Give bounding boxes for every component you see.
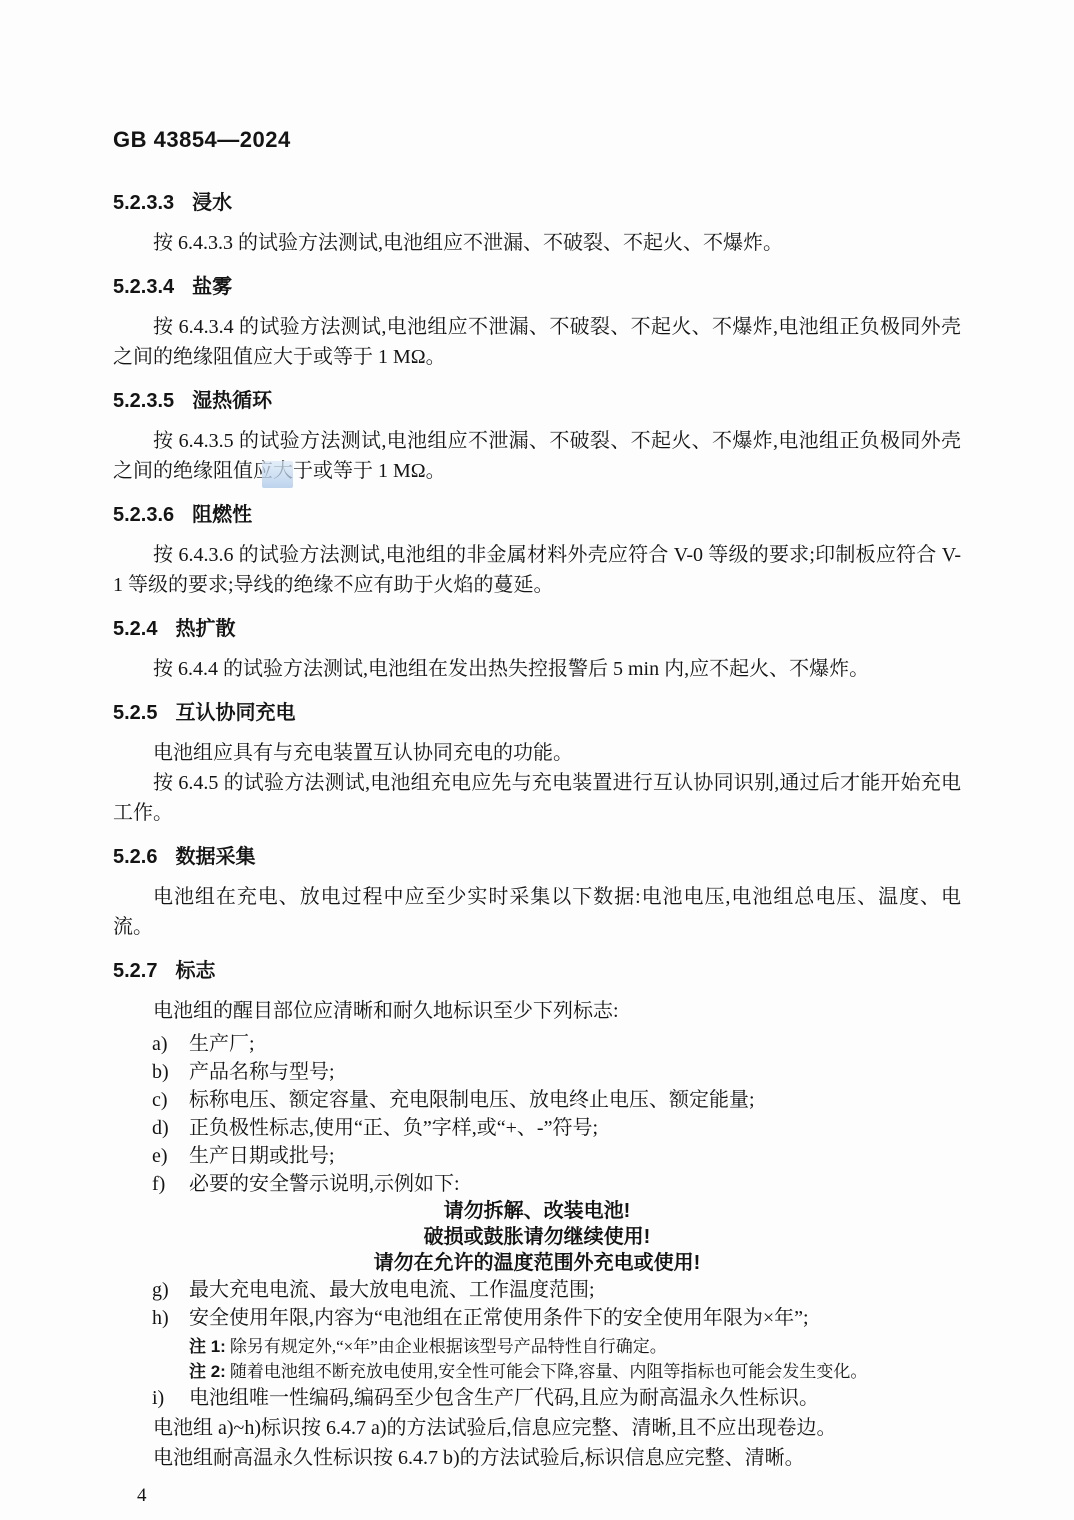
note-text: 随着电池组不断充放电使用,安全性可能会下降,容量、内阻等指标也可能会发生变化。 [230, 1362, 868, 1381]
list-item-text: 生产日期或批号; [189, 1145, 335, 1167]
list-item-h: h)安全使用年限,内容为“电池组在正常使用条件下的安全使用年限为×年”; [152, 1304, 961, 1332]
page-number: 4 [137, 1484, 961, 1508]
clause-number: 5.2.5 [113, 700, 157, 726]
clause-paragraph: 按 6.4.3.5 的试验方法测试,电池组应不泄漏、不破裂、不起火、不爆炸,电池… [113, 426, 961, 486]
list-item-text: 标称电压、额定容量、充电限制电压、放电终止电压、额定能量; [189, 1089, 755, 1111]
clause-title: 盐雾 [192, 276, 232, 298]
section-5-2-4: 5.2.4热扩散 按 6.4.4 的试验方法测试,电池组在发出热失控报警后 5 … [113, 616, 961, 684]
clause-heading: 5.2.5互认协同充电 [113, 700, 961, 726]
clause-paragraph: 按 6.4.3.6 的试验方法测试,电池组的非金属材料外壳应符合 V-0 等级的… [113, 540, 961, 600]
list-item-label: e) [152, 1142, 168, 1170]
clause-paragraph: 电池组在充电、放电过程中应至少实时采集以下数据:电池电压,电池组总电压、温度、电… [113, 882, 961, 942]
list-item-label: i) [152, 1384, 164, 1412]
list-item-label: g) [152, 1276, 169, 1304]
clause-number: 5.2.3.3 [113, 190, 174, 216]
list-item-g: g)最大充电电流、最大放电电流、工作温度范围; [152, 1276, 961, 1304]
list-item-text: 电池组唯一性编码,编码至少包含生产厂代码,且应为耐高温永久性标识。 [189, 1387, 819, 1409]
clause-paragraph: 按 6.4.3.4 的试验方法测试,电池组应不泄漏、不破裂、不起火、不爆炸,电池… [113, 312, 961, 372]
clause-title: 互认协同充电 [175, 702, 295, 724]
clause-title: 标志 [175, 960, 215, 982]
clause-number: 5.2.7 [113, 958, 157, 984]
section-5-2-3-3: 5.2.3.3浸水 按 6.4.3.3 的试验方法测试,电池组应不泄漏、不破裂、… [113, 190, 961, 258]
clause-title: 阻燃性 [192, 504, 252, 526]
clause-heading: 5.2.7标志 [113, 958, 961, 984]
list-item-label: d) [152, 1114, 169, 1142]
clause-paragraph: 电池组应具有与充电装置互认协同充电的功能。 [113, 738, 961, 768]
list-item-text: 必要的安全警示说明,示例如下: [189, 1173, 460, 1195]
clause-paragraph: 电池组的醒目部位应清晰和耐久地标识至少下列标志: [113, 996, 961, 1026]
clause-number: 5.2.3.5 [113, 388, 174, 414]
clause-title: 热扩散 [175, 618, 235, 640]
clause-heading: 5.2.3.5湿热循环 [113, 388, 961, 414]
section-5-2-7: 5.2.7标志 电池组的醒目部位应清晰和耐久地标识至少下列标志: a)生产厂; … [113, 958, 961, 1472]
list-item-i: i)电池组唯一性编码,编码至少包含生产厂代码,且应为耐高温永久性标识。 [152, 1384, 961, 1412]
list-item-label: f) [152, 1170, 165, 1198]
warning-line: 请勿拆解、改装电池! [113, 1198, 961, 1224]
warning-line: 破损或鼓胀请勿继续使用! [113, 1224, 961, 1250]
section-5-2-3-5: 5.2.3.5湿热循环 按 6.4.3.5 的试验方法测试,电池组应不泄漏、不破… [113, 388, 961, 486]
clause-number: 5.2.6 [113, 844, 157, 870]
clause-number: 5.2.4 [113, 616, 157, 642]
clause-title: 湿热循环 [192, 390, 272, 412]
list-item-text: 最大充电电流、最大放电电流、工作温度范围; [189, 1279, 595, 1301]
clause-heading: 5.2.3.3浸水 [113, 190, 961, 216]
clause-title: 数据采集 [175, 846, 255, 868]
closing-paragraph: 电池组耐高温永久性标识按 6.4.7 b)的方法试验后,标识信息应完整、清晰。 [113, 1444, 961, 1472]
section-5-2-5: 5.2.5互认协同充电 电池组应具有与充电装置互认协同充电的功能。 按 6.4.… [113, 700, 961, 828]
list-item-text: 安全使用年限,内容为“电池组在正常使用条件下的安全使用年限为×年”; [189, 1307, 809, 1329]
clause-number: 5.2.3.6 [113, 502, 174, 528]
clause-heading: 5.2.4热扩散 [113, 616, 961, 642]
clause-paragraph: 按 6.4.5 的试验方法测试,电池组充电应先与充电装置进行互认协同识别,通过后… [113, 768, 961, 828]
notes-block: 注 1:除另有规定外,“×年”由企业根据该型号产品特性自行确定。 注 2:随着电… [113, 1334, 961, 1384]
list-item-label: h) [152, 1304, 169, 1332]
note-line: 注 2:随着电池组不断充放电使用,安全性可能会下降,容量、内阻等指标也可能会发生… [189, 1359, 961, 1384]
warning-block: 请勿拆解、改装电池! 破损或鼓胀请勿继续使用! 请勿在允许的温度范围外充电或使用… [113, 1198, 961, 1276]
note-label: 注 2: [189, 1362, 226, 1381]
list-item-d: d)正负极性标志,使用“正、负”字样,或“+、-”符号; [152, 1114, 961, 1142]
clause-heading: 5.2.3.6阻燃性 [113, 502, 961, 528]
list-item-text: 正负极性标志,使用“正、负”字样,或“+、-”符号; [189, 1117, 598, 1139]
note-text: 除另有规定外,“×年”由企业根据该型号产品特性自行确定。 [230, 1337, 667, 1356]
list-item-text: 产品名称与型号; [189, 1061, 335, 1083]
clause-paragraph: 按 6.4.4 的试验方法测试,电池组在发出热失控报警后 5 min 内,应不起… [113, 654, 961, 684]
list-item-text: 生产厂; [189, 1033, 255, 1055]
marking-list: a)生产厂; b)产品名称与型号; c)标称电压、额定容量、充电限制电压、放电终… [113, 1030, 961, 1472]
warning-line: 请勿在允许的温度范围外充电或使用! [113, 1250, 961, 1276]
list-item-label: a) [152, 1030, 168, 1058]
standard-number: GB 43854—2024 [113, 127, 291, 152]
list-item-f: f)必要的安全警示说明,示例如下: [152, 1170, 961, 1198]
running-header: GB 43854—2024 [113, 126, 961, 154]
list-item-b: b)产品名称与型号; [152, 1058, 961, 1086]
clause-paragraph: 按 6.4.3.3 的试验方法测试,电池组应不泄漏、不破裂、不起火、不爆炸。 [113, 228, 961, 258]
closing-paragraph: 电池组 a)~h)标识按 6.4.7 a)的方法试验后,信息应完整、清晰,且不应… [113, 1414, 961, 1442]
clause-heading: 5.2.6数据采集 [113, 844, 961, 870]
section-5-2-6: 5.2.6数据采集 电池组在充电、放电过程中应至少实时采集以下数据:电池电压,电… [113, 844, 961, 942]
clause-number: 5.2.3.4 [113, 274, 174, 300]
note-label: 注 1: [189, 1337, 226, 1356]
list-item-e: e)生产日期或批号; [152, 1142, 961, 1170]
section-5-2-3-4: 5.2.3.4盐雾 按 6.4.3.4 的试验方法测试,电池组应不泄漏、不破裂、… [113, 274, 961, 372]
note-line: 注 1:除另有规定外,“×年”由企业根据该型号产品特性自行确定。 [189, 1334, 961, 1359]
clause-title: 浸水 [192, 192, 232, 214]
section-5-2-3-6: 5.2.3.6阻燃性 按 6.4.3.6 的试验方法测试,电池组的非金属材料外壳… [113, 502, 961, 600]
list-item-label: c) [152, 1086, 168, 1114]
list-item-a: a)生产厂; [152, 1030, 961, 1058]
clause-heading: 5.2.3.4盐雾 [113, 274, 961, 300]
scan-highlight-artifact [262, 461, 293, 488]
list-item-label: b) [152, 1058, 169, 1086]
list-item-c: c)标称电压、额定容量、充电限制电压、放电终止电压、额定能量; [152, 1086, 961, 1114]
document-page: GB 43854—2024 5.2.3.3浸水 按 6.4.3.3 的试验方法测… [0, 0, 1074, 1520]
